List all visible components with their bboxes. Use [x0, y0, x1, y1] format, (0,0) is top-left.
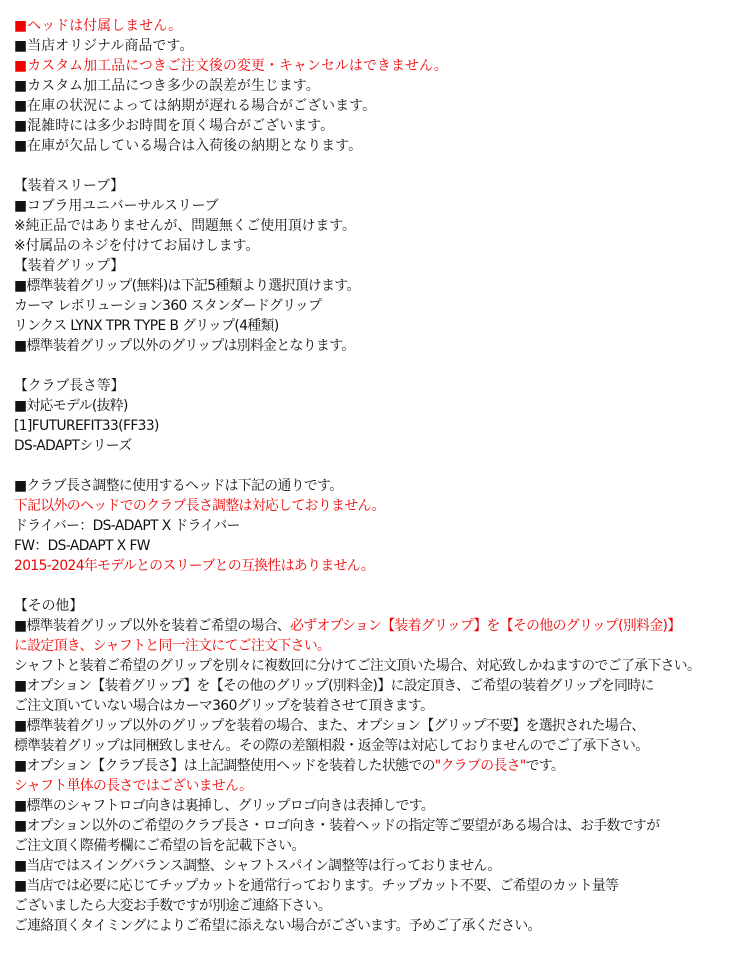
notice-backorder: ■在庫が欠品している場合は入荷後の納期となります。	[14, 136, 734, 156]
model-item: [1]FUTUREFIT33(FF33)	[14, 416, 734, 436]
other-line-2: に設定頂き、シャフトと同一注文にてご注文下さい。	[14, 636, 734, 656]
head-item: FW：DS-ADAPT X FW	[14, 536, 734, 556]
other-line-16: ご連絡頂くタイミングによりご希望に添えない場合がございます。予めご了承ください。	[14, 916, 734, 936]
other-line-13: ■当店ではスイングバランス調整、シャフトスパイン調整等は行っておりません。	[14, 856, 734, 876]
model-item: DS-ADAPTシリーズ	[14, 436, 734, 456]
notice-stock-delay: ■在庫の状況によっては納期が遅れる場合がございます。	[14, 96, 734, 116]
section-heading-sleeve: 【装着スリーブ】	[14, 176, 734, 196]
sleeve-line: ※付属品のネジを付けてお届けします。	[14, 236, 734, 256]
other-line-1: ■標準装着グリップ以外を装着ご希望の場合、必ずオプション【装着グリップ】を【その…	[14, 616, 734, 636]
spacer	[14, 356, 744, 376]
section-heading-club-length: 【クラブ長さ等】	[14, 376, 734, 396]
other-line-3: シャフトと装着ご希望のグリップを別々に複数回に分けてご注文頂いた場合、対応致しか…	[14, 656, 734, 676]
spacer	[14, 456, 744, 476]
head-item: ドライバー：DS-ADAPT X ドライバー	[14, 516, 734, 536]
spacer	[14, 156, 744, 176]
other-line-11: ■オプション以外のご希望のクラブ長さ・ロゴ向き・装着ヘッドの指定等ご要望がある場…	[14, 816, 734, 836]
other-line-7: 標準装着グリップは同梱致しません。その際の差額相殺・返金等は対応しておりませんの…	[14, 736, 734, 756]
other-line-1-text: ■標準装着グリップ以外を装着ご希望の場合、	[14, 618, 290, 634]
product-notes-document: ■ヘッドは付属しません。 ■当店オリジナル商品です。 ■カスタム加工品につきご注…	[14, 16, 744, 936]
other-line-4: ■オプション【装着グリップ】を【その他のグリップ(別料金)】に設定頂き、ご希望の…	[14, 676, 734, 696]
other-line-8-emphasis: "クラブの長さ"	[435, 758, 526, 774]
section-heading-other: 【その他】	[14, 596, 734, 616]
grip-line: リンクス LYNX TPR TYPE B グリップ(4種類)	[14, 316, 734, 336]
other-line-8-text: ■オプション【クラブ長さ】は上記調整使用ヘッドを装着した状態での	[14, 758, 435, 774]
sleeve-line: ※純正品ではありませんが、問題無くご使用頂けます。	[14, 216, 734, 236]
notice-no-cancel: ■カスタム加工品につきご注文後の変更・キャンセルはできません。	[14, 56, 734, 76]
notice-tolerance: ■カスタム加工品につき多少の誤差が生じます。	[14, 76, 734, 96]
other-line-5: ご注文頂いていない場合はカーマ360グリップを装着させて頂きます。	[14, 696, 734, 716]
sleeve-line: ■コブラ用ユニバーサルスリーブ	[14, 196, 734, 216]
spacer	[14, 576, 744, 596]
other-line-10: ■標準のシャフトロゴ向きは裏挿し、グリップロゴ向きは表挿しです。	[14, 796, 734, 816]
grip-line: ■標準装着グリップ以外のグリップは別料金となります。	[14, 336, 734, 356]
notice-no-head: ■ヘッドは付属しません。	[14, 16, 734, 36]
other-line-14: ■当店では必要に応じてチップカットを通常行っております。チップカット不要、ご希望…	[14, 876, 734, 896]
other-line-1-emphasis: 必ずオプション【装着グリップ】を【その他のグリップ(別料金)】	[290, 618, 680, 634]
other-line-9: シャフト単体の長さではございません。	[14, 776, 734, 796]
other-line-15: ございましたら大変お手数ですが別途ご連絡下さい。	[14, 896, 734, 916]
notice-busy-delay: ■混雑時には多少お時間を頂く場合がございます。	[14, 116, 734, 136]
grip-line: ■標準装着グリップ(無料)は下記5種類より選択頂けます。	[14, 276, 734, 296]
section-heading-grip: 【装着グリップ】	[14, 256, 734, 276]
other-line-8-tail: です。	[526, 758, 565, 774]
other-line-8: ■オプション【クラブ長さ】は上記調整使用ヘッドを装着した状態での"クラブの長さ"…	[14, 756, 734, 776]
compat-warning: 2015-2024年モデルとのスリーブとの互換性はありません。	[14, 556, 734, 576]
notice-original-product: ■当店オリジナル商品です。	[14, 36, 734, 56]
models-label: ■対応モデル(抜粋)	[14, 396, 734, 416]
heads-warning: 下記以外のヘッドでのクラブ長さ調整は対応しておりません。	[14, 496, 734, 516]
heads-intro: ■クラブ長さ調整に使用するヘッドは下記の通りです。	[14, 476, 734, 496]
other-line-6: ■標準装着グリップ以外のグリップを装着の場合、また、オプション【グリップ不要】を…	[14, 716, 734, 736]
other-line-12: ご注文頂く際備考欄にご希望の旨を記載下さい。	[14, 836, 734, 856]
grip-line: カーマ レボリューション360 スタンダードグリップ	[14, 296, 734, 316]
